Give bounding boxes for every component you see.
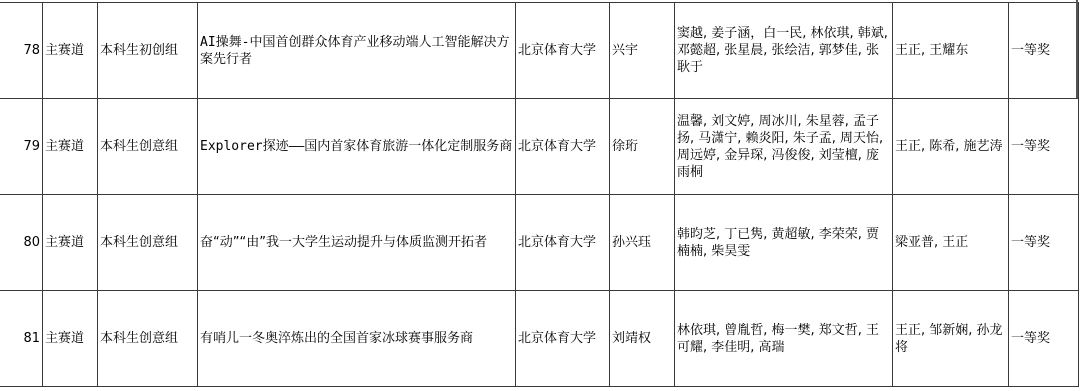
cell-school[interactable]: 北京体育大学	[516, 99, 610, 195]
cell-project[interactable]: 有哨儿一冬奥淬炼出的全国首家冰球赛事服务商	[198, 291, 516, 387]
cell-advisors[interactable]: 王正, 王耀东	[893, 3, 1009, 99]
cell-track[interactable]: 主赛道	[43, 99, 98, 195]
cell-school[interactable]: 北京体育大学	[516, 195, 610, 291]
cell-members[interactable]: 林依琪, 曾胤哲, 梅一樊, 郑文哲, 王可耀, 李佳明, 高瑞	[675, 291, 893, 387]
cell-award[interactable]: 一等奖	[1009, 291, 1079, 387]
cell-group[interactable]: 本科生创意组	[98, 195, 198, 291]
results-table: 78 主赛道 本科生初创组 AI操舞-中国首创群众体育产业移动端人工智能解决方案…	[0, 2, 1079, 387]
cell-project[interactable]: AI操舞-中国首创群众体育产业移动端人工智能解决方案先行者	[198, 3, 516, 99]
cell-track[interactable]: 主赛道	[43, 195, 98, 291]
cell-no[interactable]: 81	[0, 291, 43, 387]
cell-school[interactable]: 北京体育大学	[516, 291, 610, 387]
cell-leader[interactable]: 徐珩	[610, 99, 675, 195]
table-row: 79 主赛道 本科生创意组 Explorer探迹——国内首家体育旅游一体化定制服…	[0, 99, 1079, 195]
cell-award[interactable]: 一等奖	[1009, 3, 1079, 99]
cell-no[interactable]: 79	[0, 99, 43, 195]
cell-award[interactable]: 一等奖	[1009, 99, 1079, 195]
cell-project[interactable]: Explorer探迹——国内首家体育旅游一体化定制服务商	[198, 99, 516, 195]
cell-advisors[interactable]: 王正, 邹新娴, 孙龙将	[893, 291, 1009, 387]
cell-no[interactable]: 78	[0, 3, 43, 99]
table-row: 81 主赛道 本科生创意组 有哨儿一冬奥淬炼出的全国首家冰球赛事服务商 北京体育…	[0, 291, 1079, 387]
cell-members[interactable]: 温馨, 刘文婷, 周冰川, 朱星蓉, 孟子扬, 马潇宁, 赖炎阳, 朱子孟, 周…	[675, 99, 893, 195]
cell-group[interactable]: 本科生初创组	[98, 3, 198, 99]
table-row: 78 主赛道 本科生初创组 AI操舞-中国首创群众体育产业移动端人工智能解决方案…	[0, 3, 1079, 99]
cell-leader[interactable]: 刘靖权	[610, 291, 675, 387]
cell-advisors[interactable]: 王正, 陈希, 施艺涛	[893, 99, 1009, 195]
table-row: 80 主赛道 本科生创意组 奋“动”“由”我一大学生运动提升与体质监测开拓者 北…	[0, 195, 1079, 291]
cell-no[interactable]: 80	[0, 195, 43, 291]
cell-school[interactable]: 北京体育大学	[516, 3, 610, 99]
cell-group[interactable]: 本科生创意组	[98, 291, 198, 387]
cell-track[interactable]: 主赛道	[43, 3, 98, 99]
cell-track[interactable]: 主赛道	[43, 291, 98, 387]
cell-leader[interactable]: 兴宇	[610, 3, 675, 99]
cell-group[interactable]: 本科生创意组	[98, 99, 198, 195]
cell-leader[interactable]: 孙兴珏	[610, 195, 675, 291]
selection-edge	[1076, 0, 1078, 98]
cell-members[interactable]: 韩昀芝, 丁已隽, 黄超敏, 李荣荣, 贾楠楠, 柴昊雯	[675, 195, 893, 291]
cell-project[interactable]: 奋“动”“由”我一大学生运动提升与体质监测开拓者	[198, 195, 516, 291]
cell-members[interactable]: 窦越, 姜子涵，白一民, 林依琪, 韩斌, 邓懿超, 张星晨, 张绘洁, 郭梦佳…	[675, 3, 893, 99]
cell-advisors[interactable]: 梁亚普, 王正	[893, 195, 1009, 291]
cell-award[interactable]: 一等奖	[1009, 195, 1079, 291]
